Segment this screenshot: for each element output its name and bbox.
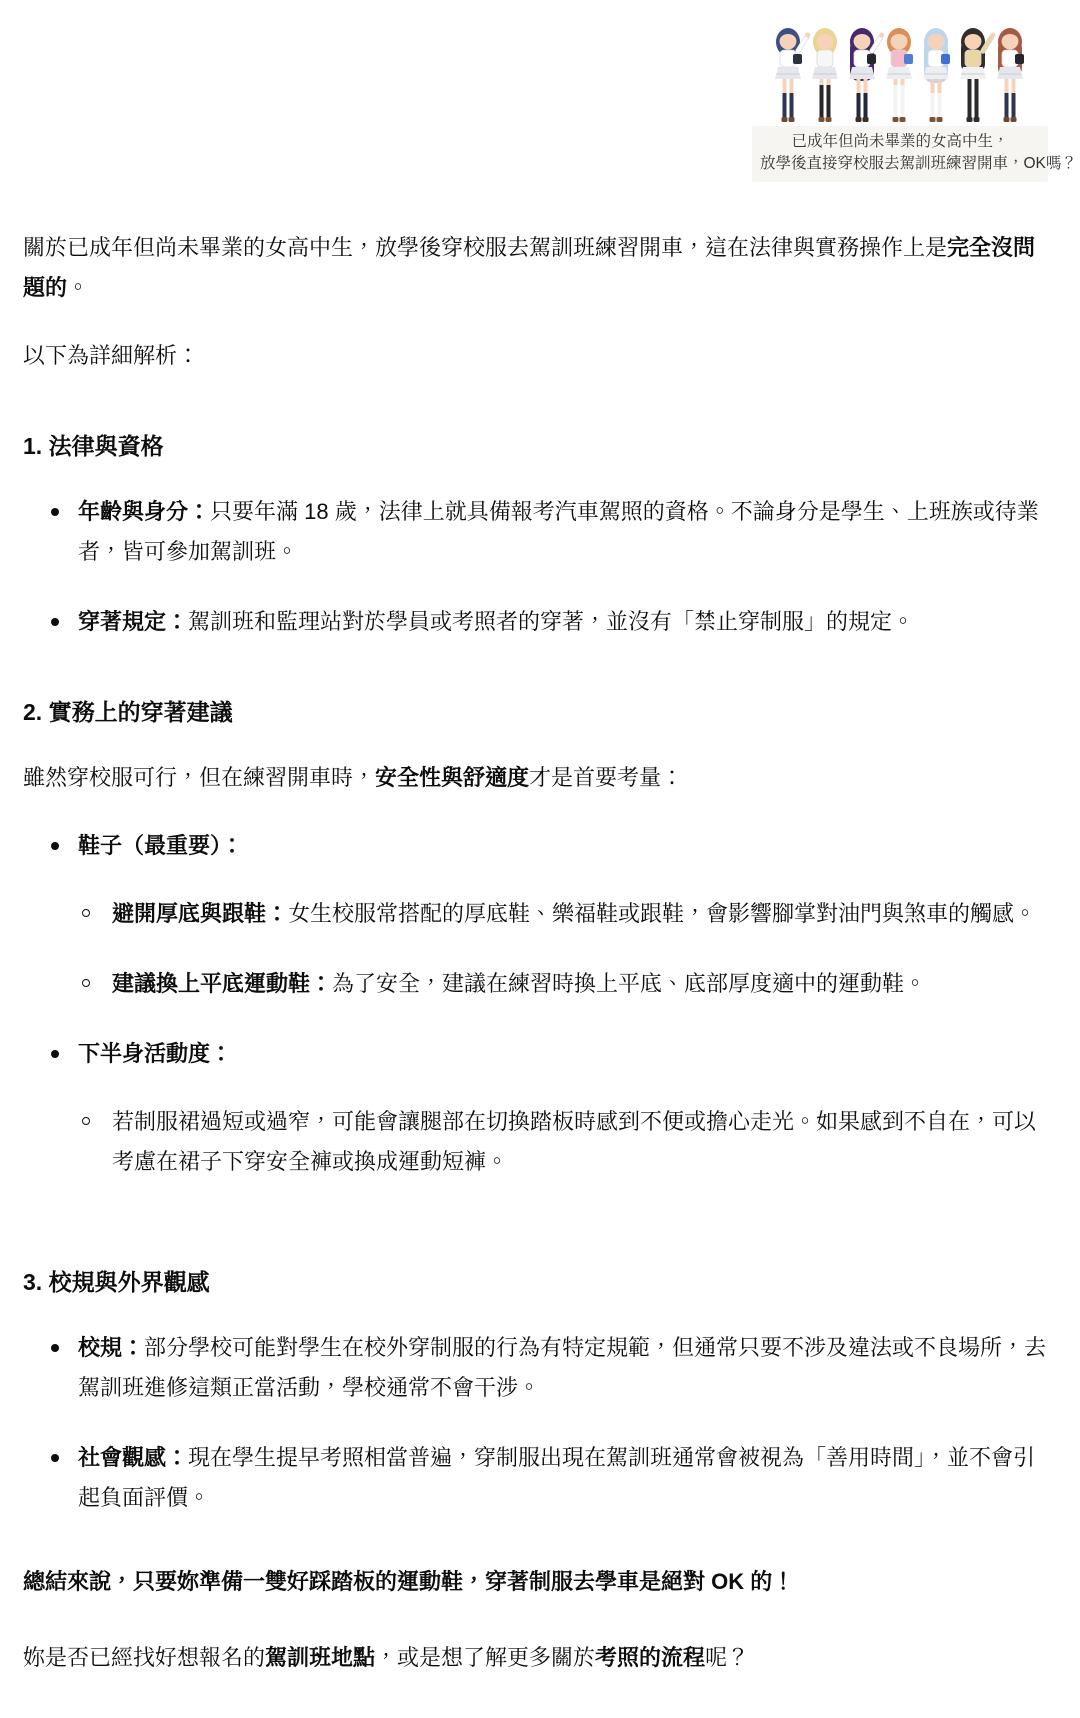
- section-1-list: 年齡與身分：只要年滿 18 歲，法律上就具備報考汽車駕照的資格。不論身分是學生、…: [23, 492, 1057, 642]
- header-image: 已成年但尚未畢業的女高中生， 放學後直接穿校服去駕訓班練習開車，OK嗎？: [752, 22, 1048, 182]
- closing-paragraph: 妳是否已經找好想報名的駕訓班地點，或是想了解更多關於考照的流程呢？: [23, 1638, 1057, 1678]
- list-item: 穿著規定：駕訓班和監理站對於學員或考照者的穿著，並沒有「禁止穿制服」的規定。: [23, 602, 1057, 642]
- section-2-list: 鞋子（最重要）： 避開厚底與跟鞋：女生校服常搭配的厚底鞋、樂福鞋或跟鞋，會影響腳…: [23, 826, 1057, 1182]
- list-item: 建議換上平底運動鞋：為了安全，建議在練習時換上平底、底部厚度適中的運動鞋。: [78, 964, 1057, 1004]
- list-item: 年齡與身分：只要年滿 18 歲，法律上就具備報考汽車駕照的資格。不論身分是學生、…: [23, 492, 1057, 572]
- list-item: 若制服裙過短或過窄，可能會讓腿部在切換踏板時感到不便或擔心走光。如果感到不自在，…: [78, 1102, 1057, 1182]
- article-body: 關於已成年但尚未畢業的女高中生，放學後穿校服去駕訓班練習開車，這在法律與實務操作…: [23, 228, 1057, 1678]
- lead-paragraph: 以下為詳細解析：: [23, 336, 1057, 376]
- lower-body-sublist: 若制服裙過短或過窄，可能會讓腿部在切換踏板時感到不便或擔心走光。如果感到不自在，…: [78, 1102, 1057, 1182]
- image-caption-line2: 放學後直接穿校服去駕訓班練習開車，OK嗎？: [760, 153, 1040, 175]
- image-caption-line1: 已成年但尚未畢業的女高中生，: [760, 131, 1040, 153]
- anime-girls-illustration: [767, 22, 1033, 126]
- section-2-intro: 雖然穿校服可行，但在練習開車時，安全性與舒適度才是首要考量：: [23, 758, 1057, 798]
- list-item: 下半身活動度： 若制服裙過短或過窄，可能會讓腿部在切換踏板時感到不便或擔心走光。…: [23, 1034, 1057, 1182]
- section-1-title: 1. 法律與資格: [23, 430, 1057, 462]
- list-item: 校規：部分學校可能對學生在校外穿制服的行為有特定規範，但通常只要不涉及違法或不良…: [23, 1328, 1057, 1408]
- list-item: 避開厚底與跟鞋：女生校服常搭配的厚底鞋、樂福鞋或跟鞋，會影響腳掌對油門與煞車的觸…: [78, 894, 1057, 934]
- section-3-list: 校規：部分學校可能對學生在校外穿制服的行為有特定規範，但通常只要不涉及違法或不良…: [23, 1328, 1057, 1518]
- intro-paragraph: 關於已成年但尚未畢業的女高中生，放學後穿校服去駕訓班練習開車，這在法律與實務操作…: [23, 228, 1057, 308]
- list-item: 鞋子（最重要）： 避開厚底與跟鞋：女生校服常搭配的厚底鞋、樂福鞋或跟鞋，會影響腳…: [23, 826, 1057, 1004]
- list-item: 社會觀感：現在學生提早考照相當普遍，穿制服出現在駕訓班通常會被視為「善用時間」，…: [23, 1438, 1057, 1518]
- section-3-title: 3. 校規與外界觀感: [23, 1266, 1057, 1298]
- image-caption: 已成年但尚未畢業的女高中生， 放學後直接穿校服去駕訓班練習開車，OK嗎？: [752, 126, 1048, 182]
- section-2-title: 2. 實務上的穿著建議: [23, 696, 1057, 728]
- summary-paragraph: 總結來說，只要妳準備一雙好踩踏板的運動鞋，穿著制服去學車是絕對 OK 的！: [23, 1562, 1057, 1602]
- shoes-sublist: 避開厚底與跟鞋：女生校服常搭配的厚底鞋、樂福鞋或跟鞋，會影響腳掌對油門與煞車的觸…: [78, 894, 1057, 1004]
- header-image-block: 已成年但尚未畢業的女高中生， 放學後直接穿校服去駕訓班練習開車，OK嗎？: [0, 0, 1080, 182]
